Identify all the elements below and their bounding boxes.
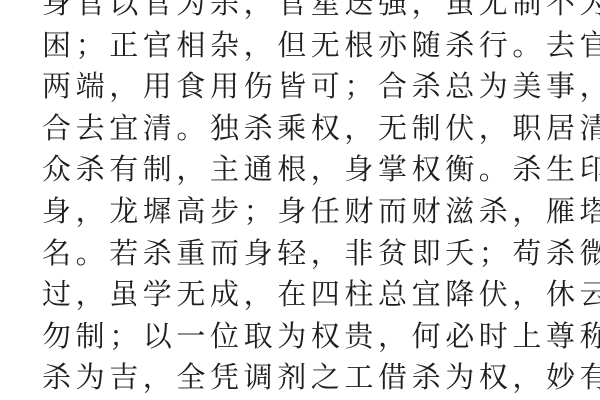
text-line: 勿制；以一位取为权贵，何必时上尊称。制 [42,316,562,358]
text-line: 合去宜清。独杀乘权，无制伏，职居清要； [42,108,562,150]
text-line: 两端，用食用伤皆可；合杀总为美事，合来 [42,66,562,108]
classical-text-paragraph: 身官以官为杀，官星迭强，虽无制不为杀 困；正官相杂，但无根亦随杀行。去官不过 两… [42,0,562,399]
text-line-partial-top: 身官以官为杀，官星迭强，虽无制不为杀 [42,0,562,25]
text-line: 名。若杀重而身轻，非贫即夭；苟杀微而制 [42,233,562,275]
text-line-partial-bottom: 杀为吉，全凭调剂之工借杀为权，妙有中和 [42,357,562,399]
text-line: 困；正官相杂，但无根亦随杀行。去官不过 [42,25,562,67]
text-line: 身，龙墀高步；身任财而财滋杀，雁塔题 [42,191,562,233]
text-line: 过，虽学无成，在四柱总宜降伏，休云年逢 [42,274,562,316]
text-line: 众杀有制，主通根，身掌权衡。杀生印生 [42,149,562,191]
document-page: 身官以官为杀，官星迭强，虽无制不为杀 困；正官相杂，但无根亦随杀行。去官不过 两… [0,0,600,400]
